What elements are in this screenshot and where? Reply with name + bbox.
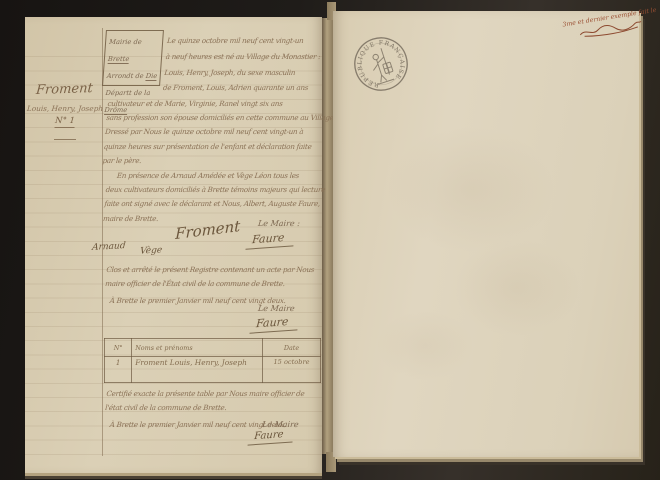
- margin-divider: [54, 139, 76, 140]
- mayor-signature-closure: Faure: [249, 314, 298, 333]
- mayor-signature-act: Faure: [245, 230, 294, 249]
- act-line: sans profession son épouse domiciliés en…: [106, 111, 323, 125]
- act-text-middle: cultivateur et de Marie, Virginie, Ranel…: [102, 97, 324, 168]
- index-table-header-row: N° Noms et prénoms Date: [105, 339, 321, 357]
- act-line: En présence de Arnaud Amédée et Vège Léo…: [106, 169, 323, 183]
- witness-signature-1: Arnaud: [92, 241, 126, 253]
- margin-surname: Froment: [35, 81, 93, 98]
- mairie-header-box: Mairie de Brette Arrondt de Die Départt …: [102, 30, 164, 86]
- act-line: Dressé par Nous le quinze octobre mil ne…: [104, 125, 321, 139]
- act-line: deux cultivateurs domiciliés à Brette té…: [105, 183, 322, 197]
- cell-noms: Froment Louis, Henry, Joseph: [132, 357, 263, 383]
- act-text-upper: Le quinze octobre mil neuf cent vingt-un…: [162, 33, 325, 96]
- header-line-arrondissement: Arrondt de Die: [106, 68, 160, 85]
- index-table: N° Noms et prénoms Date 1 Froment Louis,…: [104, 338, 321, 383]
- allegorical-figure-icon: [368, 47, 396, 84]
- margin-act-number: N° 1: [54, 116, 75, 128]
- closure-line: Clos et arrêté le présent Registre conte…: [106, 263, 325, 277]
- act-line: faite ont signé avec le déclarant et Nou…: [104, 197, 321, 211]
- act-line: à neuf heures est né au Village du Monas…: [165, 49, 323, 65]
- act-line: quinze heures sur présentation de l'enfa…: [103, 140, 320, 154]
- cell-numero: 1: [105, 357, 132, 383]
- header-line-mairie: Mairie de Brette: [107, 34, 162, 68]
- certification-line: Certifié exacte la présente table par No…: [106, 387, 325, 401]
- closure-text: Clos et arrêté le présent Registre conte…: [103, 263, 325, 309]
- header-date: Date: [262, 339, 320, 357]
- act-line: Louis, Henry, Joseph, du sexe masculin: [164, 65, 322, 81]
- act-line: de Froment, Louis, Adrien quarante un an…: [162, 80, 320, 96]
- act-line: par le père.: [102, 154, 319, 168]
- cell-date: 15 octobre: [262, 357, 320, 383]
- certification-line: l'état civil de la commune de Brette.: [105, 401, 324, 415]
- index-table-row: 1 Froment Louis, Henry, Joseph 15 octobr…: [105, 357, 321, 383]
- witness-signature-2: Vège: [140, 245, 163, 256]
- margin-given-names: Louis, Henry, Joseph: [27, 104, 106, 113]
- registry-book-scan: Froment Louis, Henry, Joseph N° 1 Mairie…: [0, 0, 660, 480]
- closure-line: maire officier de l'État civil de la com…: [105, 277, 324, 291]
- header-noms: Noms et prénoms: [132, 339, 263, 357]
- header-numero: N°: [105, 339, 132, 357]
- act-text-witnesses: En présence de Arnaud Amédée et Vège Léo…: [103, 169, 324, 226]
- mayor-title-act: Le Maire :: [258, 219, 301, 228]
- mayor-title-closure: Le Maire: [258, 304, 296, 313]
- act-line: cultivateur et de Marie, Virginie, Ranel…: [107, 97, 324, 111]
- act-line: Le quinze octobre mil neuf cent vingt-un: [166, 33, 324, 49]
